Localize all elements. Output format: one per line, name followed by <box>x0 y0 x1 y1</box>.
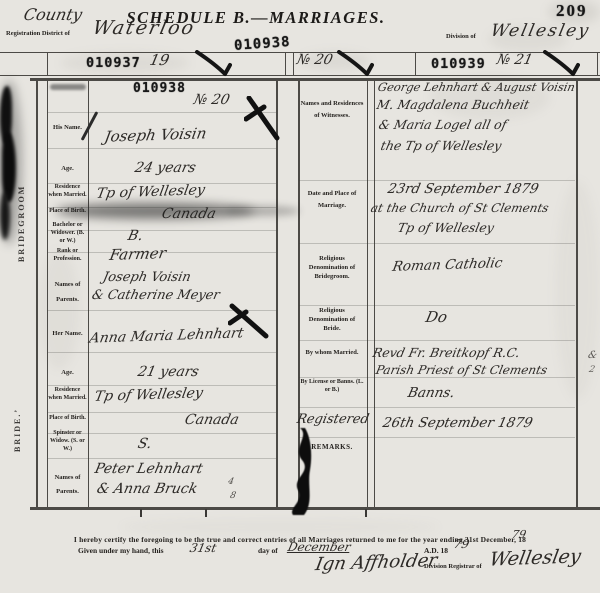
bride-margin-label: BRIDE.’ <box>13 378 22 452</box>
denomination-groom-label: Religious Denomination of Bridegroom. <box>300 255 364 281</box>
groom-name-value: Joseph Voisin <box>103 124 208 146</box>
witnesses-label: Names and Residences of Witnesses. <box>300 98 364 123</box>
by-whom-line1: Revd Fr. Breitkopf R.C. <box>371 345 521 360</box>
certify-year-handwritten: 79 <box>511 528 528 541</box>
ink-streak <box>0 192 10 240</box>
stamp-row-divider <box>285 52 286 75</box>
bride-status-label: Spinster or Widow. (S. or W.) <box>48 429 87 453</box>
county-handwritten: County <box>22 5 84 24</box>
bride-birthplace-value: Canada <box>183 412 240 428</box>
denomination-bride-label: Religious Denomination of Bride. <box>300 307 364 333</box>
given-month-handwritten: December <box>287 540 352 554</box>
check-mark-icon <box>244 96 282 142</box>
serial-stamp-right: 010939 <box>431 56 486 72</box>
row-rule <box>299 407 575 408</box>
witnesses-line1: George Lehnhart & August Voisin <box>377 80 577 94</box>
check-mark-icon <box>194 50 232 77</box>
stamp-row-bottom-line <box>0 75 600 76</box>
bridegroom-margin-label: BRIDEGROOM <box>17 142 26 262</box>
registered-value: 26th September 1879 <box>381 415 534 431</box>
dateplace-line1: 23rd September 1879 <box>386 181 540 197</box>
stray-pen-mark: 8 <box>229 491 237 501</box>
stamp-row-divider <box>415 52 416 75</box>
registrar-division-handwritten: Wellesley <box>488 545 583 570</box>
scanned-marriage-register-page: County Registration District of Waterloo… <box>0 0 600 593</box>
witnesses-line2: M. Magdalena Buchheit <box>375 97 530 112</box>
smudged-print <box>50 84 86 90</box>
check-mark-icon <box>228 303 270 341</box>
column-line <box>88 78 89 508</box>
record-serial-stamp: 010938 <box>133 81 186 96</box>
center-serial-stamp: 010938 <box>234 34 292 54</box>
stamp-row-divider <box>47 52 48 75</box>
license-label: By License or Banns. (L. or B.) <box>300 378 364 394</box>
record-number-left: 19 <box>148 51 171 69</box>
by-whom-label: By whom Married. <box>300 348 364 358</box>
by-whom-line2: Parish Priest of St Clements <box>375 363 549 377</box>
ad-year-handwritten: 79 <box>453 537 471 551</box>
groom-age-label: Age. <box>48 165 87 174</box>
day-of-label: day of <box>258 546 278 556</box>
serial-stamp-left: 010937 <box>86 55 141 71</box>
ink-blotch <box>280 426 316 516</box>
division-label: Division of <box>446 33 476 42</box>
row-rule <box>299 437 575 438</box>
bride-age-label: Age. <box>48 369 87 378</box>
stray-pen-mark: 4 <box>227 477 235 487</box>
denomination-bride-value: Do <box>424 308 449 326</box>
groom-parents-line2: & Catherine Meyer <box>90 288 221 303</box>
dateplace-label: Date and Place of Marriage. <box>300 188 364 213</box>
given-day-handwritten: 31st <box>189 541 218 555</box>
row-rule <box>299 243 575 244</box>
row-rule <box>299 305 575 306</box>
smudge-band <box>225 206 300 216</box>
stray-pen-mark: & <box>587 350 598 361</box>
border-tick <box>365 509 367 517</box>
registration-district-label: Registration District of <box>6 30 70 39</box>
bride-residence-value: Tp of Wellesley <box>93 385 204 405</box>
row-rule <box>48 458 276 459</box>
table-right-border <box>576 78 578 508</box>
groom-status-label: Bachelor or Widower. (B. or W.) <box>48 221 87 245</box>
row-rule <box>48 412 276 413</box>
border-tick <box>140 509 142 517</box>
groom-status-value: B. <box>126 228 144 244</box>
stamp-row-divider <box>293 52 294 75</box>
groom-rank-value: Farmer <box>108 244 167 264</box>
row-rule <box>48 112 276 113</box>
dateplace-line3: Tp of Wellesley <box>396 220 495 235</box>
column-line <box>367 78 368 508</box>
groom-residence-label: Residence when Married. <box>48 183 87 199</box>
border-tick <box>205 509 207 517</box>
row-rule <box>299 340 575 341</box>
bride-parents-line1: Peter Lehnhart <box>93 461 204 477</box>
groom-residence-value: Tp of Wellesley <box>95 182 206 202</box>
record-number: № 20 <box>192 92 231 108</box>
division-value: Wellesley <box>489 21 592 41</box>
record-number-right: № 21 <box>495 52 534 68</box>
bride-residence-label: Residence when Married. <box>48 386 87 402</box>
witnesses-line3: & Maria Logel all of <box>377 117 508 132</box>
dateplace-line2: at the Church of St Clements <box>370 201 551 215</box>
stray-pen-mark: 2 <box>588 365 596 375</box>
bride-name-value: Anna Maria Lehnhart <box>88 325 245 346</box>
bride-parents-line2: & Anna Bruck <box>95 481 199 497</box>
registered-label-handwritten: Registered <box>295 412 370 427</box>
page-number-stamp: 209 <box>556 1 588 21</box>
given-text: Given under my hand, this <box>78 546 164 556</box>
bride-age-value: 21 years <box>136 364 200 380</box>
bride-name-label: Her Name. <box>48 330 87 339</box>
bride-birthplace-label: Place of Birth. <box>45 414 90 422</box>
groom-name-label: His Name. <box>48 124 87 133</box>
check-mark-icon <box>542 50 580 77</box>
license-value: Banns. <box>406 385 456 401</box>
table-left-border <box>36 78 38 508</box>
registrar-label: Division Registrar of <box>424 563 482 572</box>
record-number-middle: № 20 <box>295 52 334 68</box>
bride-status-value: S. <box>136 436 153 452</box>
bride-parents-label: Names of Parents. <box>48 471 87 500</box>
column-line <box>374 78 375 508</box>
row-rule <box>48 352 276 353</box>
page-title: SCHEDULE B.—MARRIAGES. <box>122 8 390 28</box>
registrar-signature: Ign Affholder <box>314 550 439 575</box>
groom-parents-label: Names of Parents. <box>48 278 87 308</box>
groom-parents-line1: Joseph Voisin <box>101 270 192 285</box>
groom-age-value: 24 years <box>133 160 197 176</box>
witnesses-line4: the Tp of Wellesley <box>379 138 503 153</box>
column-line <box>276 78 278 508</box>
stamp-row-divider <box>597 52 598 75</box>
row-rule <box>48 148 276 149</box>
groom-rank-label: Rank or Profession. <box>48 247 87 263</box>
paper-smudge <box>120 518 440 536</box>
check-mark-icon <box>336 50 374 77</box>
denomination-groom-value: Roman Catholic <box>391 255 504 275</box>
